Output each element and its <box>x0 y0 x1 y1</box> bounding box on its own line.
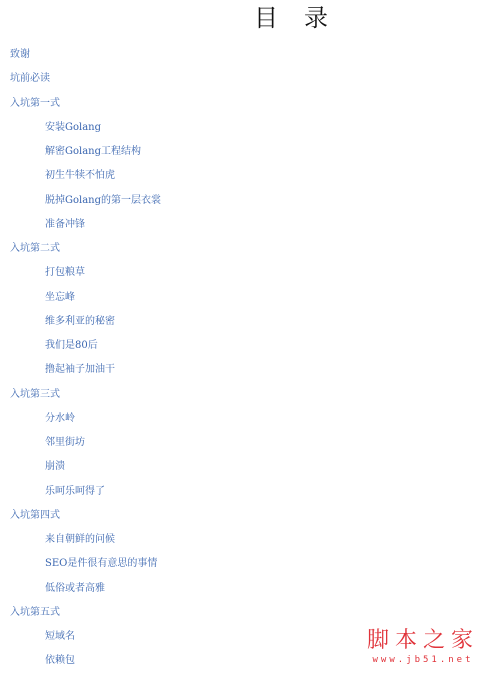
toc-link[interactable]: 入坑第四式 <box>10 510 60 521</box>
toc-link[interactable]: 乐呵乐呵得了 <box>45 486 105 497</box>
toc-link[interactable]: 坑前必读 <box>10 73 50 84</box>
toc-item-watershed[interactable]: 分水岭 <box>0 409 496 433</box>
toc-link[interactable]: 入坑第一式 <box>10 98 60 109</box>
toc-link[interactable]: 撸起袖子加油干 <box>45 364 115 375</box>
toc-item-project-structure[interactable]: 解密Golang工程结构 <box>0 142 496 166</box>
toc-link[interactable]: 崩溃 <box>45 461 65 472</box>
toc-link[interactable]: 低俗或者高雅 <box>45 583 105 594</box>
toc-link[interactable]: 准备冲锋 <box>45 219 85 230</box>
toc-link[interactable]: 打包粮草 <box>45 267 85 278</box>
toc-link[interactable]: 分水岭 <box>45 413 75 424</box>
toc-link[interactable]: 维多利亚的秘密 <box>45 316 115 327</box>
toc-link[interactable]: 入坑第二式 <box>10 243 60 254</box>
toc-item-prepare-charge[interactable]: 准备冲锋 <box>0 215 496 239</box>
toc-item-chapter-5[interactable]: 入坑第五式 <box>0 603 496 627</box>
toc-link[interactable]: 坐忘峰 <box>45 292 75 303</box>
toc-item-chapter-1[interactable]: 入坑第一式 <box>0 94 496 118</box>
toc-item-collapse[interactable]: 崩溃 <box>0 457 496 481</box>
toc-item-chapter-3[interactable]: 入坑第三式 <box>0 385 496 409</box>
toc-item-vulgar-or-elegant[interactable]: 低俗或者高雅 <box>0 579 496 603</box>
toc-link[interactable]: 入坑第五式 <box>10 607 60 618</box>
toc-item-chapter-2[interactable]: 入坑第二式 <box>0 239 496 263</box>
toc-item-first-layer[interactable]: 脱掉Golang的第一层衣裳 <box>0 191 496 215</box>
toc-item-zuowang-peak[interactable]: 坐忘峰 <box>0 288 496 312</box>
toc-item-seo[interactable]: SEO是件很有意思的事情 <box>0 554 496 578</box>
toc-link[interactable]: 初生牛犊不怕虎 <box>45 170 115 181</box>
toc-link[interactable]: 短域名 <box>45 631 75 642</box>
toc-item-chapter-4[interactable]: 入坑第四式 <box>0 506 496 530</box>
title-char-2: 录 <box>304 4 328 32</box>
toc-item-pack-supplies[interactable]: 打包粮草 <box>0 263 496 287</box>
toc-item-install-golang[interactable]: 安装Golang <box>0 118 496 142</box>
page-title: 目录 <box>0 2 496 34</box>
toc-item-neighbors[interactable]: 邻里街坊 <box>0 433 496 457</box>
toc-item-newborn-calf[interactable]: 初生牛犊不怕虎 <box>0 166 496 190</box>
site-watermark: 脚本之家 www.jb51.net <box>358 628 488 666</box>
toc-item-victoria-secret[interactable]: 维多利亚的秘密 <box>0 312 496 336</box>
toc-item-have-fun[interactable]: 乐呵乐呵得了 <box>0 482 496 506</box>
toc-link[interactable]: 入坑第三式 <box>10 389 60 400</box>
toc-link[interactable]: 致谢 <box>10 49 30 60</box>
toc-item-roll-up-sleeves[interactable]: 撸起袖子加油干 <box>0 360 496 384</box>
toc-link[interactable]: 依赖包 <box>45 655 75 666</box>
toc-link[interactable]: 安装Golang <box>45 122 101 133</box>
toc-item-greetings[interactable]: 来自朝鲜的问候 <box>0 530 496 554</box>
toc-link[interactable]: 我们是80后 <box>45 340 98 351</box>
toc-link[interactable]: 解密Golang工程结构 <box>45 146 141 157</box>
toc-link[interactable]: 邻里街坊 <box>45 437 85 448</box>
title-char-1: 目 <box>254 4 278 32</box>
table-of-contents: 致谢 坑前必读 入坑第一式 安装Golang 解密Golang工程结构 初生牛犊… <box>0 45 496 676</box>
watermark-url: www.jb51.net <box>358 654 488 666</box>
toc-link[interactable]: SEO是件很有意思的事情 <box>45 558 157 569</box>
toc-item-post-80s[interactable]: 我们是80后 <box>0 336 496 360</box>
watermark-logo-text: 脚本之家 <box>358 628 488 654</box>
toc-link[interactable]: 脱掉Golang的第一层衣裳 <box>45 195 161 206</box>
toc-item-prerequisites[interactable]: 坑前必读 <box>0 69 496 93</box>
toc-link[interactable]: 来自朝鲜的问候 <box>45 534 115 545</box>
toc-item-acknowledgements[interactable]: 致谢 <box>0 45 496 69</box>
